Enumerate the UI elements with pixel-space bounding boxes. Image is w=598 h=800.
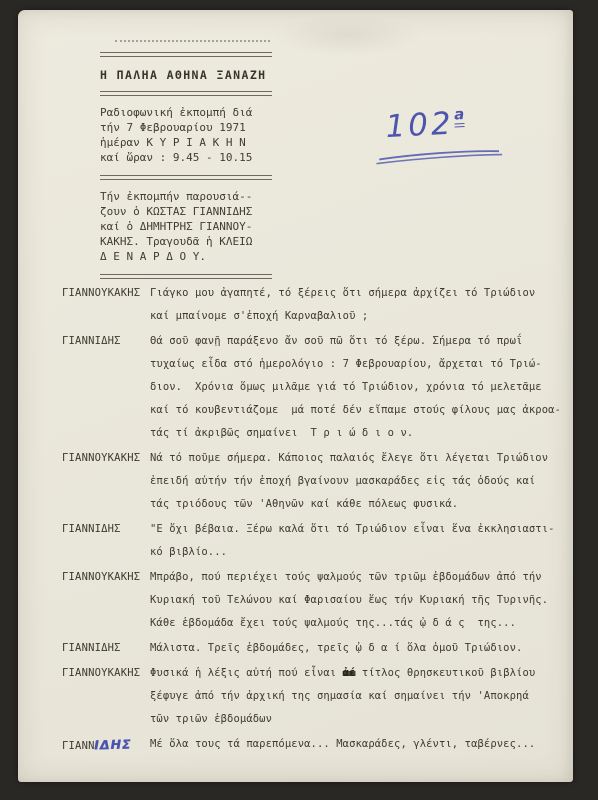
speaker-label: ΓΙΑΝΝΟΥΚΑΚΗΣ	[62, 566, 150, 635]
divider-rule	[100, 91, 272, 96]
dialogue-entry: ΓΙΑΝΝΟΥΚΑΚΗΣΝά τό ποῦμε σήμερα. Κάποιος …	[62, 447, 559, 516]
dialogue-line: τυχαίως εἶδα στό ἡμερολόγιο : 7 Φεβρουαρ…	[150, 353, 561, 376]
dialogue-text: τῶν τριῶν ἑβδομάδων	[150, 713, 272, 725]
dialogue-line: Μπράβο, πού περιέχει τούς ψαλμούς τῶν τρ…	[150, 566, 559, 589]
dialogue-text: Μέ ὅλα τους τά παρεπόμενα... Μασκαράδες,…	[150, 738, 535, 750]
dialogue-text: Μπράβο, πού περιέχει τούς ψαλμούς τῶν τρ…	[150, 571, 542, 583]
dialogue-line: Θά σοῦ φανῇ παράξενο ἄν σοῦ πῶ ὅτι τό ξέ…	[150, 330, 561, 353]
paper-crease	[273, 14, 423, 56]
masthead-line: Τήν ἐκπομπήν παρουσιά--	[100, 189, 272, 204]
handwritten-page-number: 102a	[385, 103, 506, 165]
dialogue-entry: ΓΙΑΝΝΙΔΗΣΘά σοῦ φανῇ παράξενο ἄν σοῦ πῶ …	[62, 330, 559, 445]
dialogue-line: τάς τί ἀκριβῶς σημαίνει Τ ρ ι ώ δ ι ο ν.	[150, 422, 561, 445]
dialogue-text: Κάθε ἑβδομάδα ἔχει τούς ψαλμούς της...τά…	[150, 617, 516, 629]
dialogue-line: διον. Χρόνια ὅμως μιλᾶμε γιά τό Τριώδιον…	[150, 376, 561, 399]
dialogue-text: καί μπαίνομε σ'ἐποχή Καρναβαλιοῦ ;	[150, 310, 368, 322]
dialogue-text: τάς τριόδους τῶν 'Αθηνῶν καί κάθε πόλεως…	[150, 498, 458, 510]
dialogue-text: καί τό κουβεντιάζομε μά ποτέ δέν εἴπαμε …	[150, 404, 561, 416]
dialogue-text: τάς τί ἀκριβῶς σημαίνει Τ ρ ι ώ δ ι ο ν.	[150, 427, 413, 439]
paper-sheet: Η ΠΑΛΗΑ ΑΘΗΝΑ ΞΑΝΑΖΗ Ραδιοφωνική ἐκπομπή…	[18, 10, 573, 782]
dialogue-text: ξέφυγε ἀπό τήν ἀρχική της σημασία καί ση…	[150, 690, 529, 702]
dialogue-text: Μάλιστα. Τρεῖς ἑβδομάδες, τρεῖς ᾠ δ α ί …	[150, 642, 522, 654]
page-number-text: 102	[385, 106, 455, 146]
dialogue-line: Μάλιστα. Τρεῖς ἑβδομάδες, τρεῖς ᾠ δ α ί …	[150, 637, 559, 660]
speaker-label: ΓΙΑΝΝΟΥΚΑΚΗΣ	[62, 282, 150, 328]
dialogue-line: Φυσικά ἡ λέξις αὐτή πού εἶναι ἀέ τίτλος …	[150, 662, 559, 685]
dialogue-entry: ΓΙΑΝΝΟΥΚΑΚΗΣΦυσικά ἡ λέξις αὐτή πού εἶνα…	[62, 662, 559, 731]
dialogue-line: ἐπειδή αὐτήν τήν ἐποχή βγαίνουν μασκαράδ…	[150, 470, 559, 493]
dialogue-line: τῶν τριῶν ἑβδομάδων	[150, 708, 559, 731]
dialogue-text: ἐπειδή αὐτήν τήν ἐποχή βγαίνουν μασκαράδ…	[150, 475, 535, 487]
speaker-label: ΓΙΑΝΝΙΔΗΣ	[62, 330, 150, 445]
dialogue-lines: Φυσικά ἡ λέξις αὐτή πού εἶναι ἀέ τίτλος …	[150, 662, 559, 731]
dotted-line	[115, 40, 270, 42]
dialogue-lines: Μέ ὅλα τους τά παρεπόμενα... Μασκαράδες,…	[150, 733, 559, 758]
dialogue-line: Γιάγκο μου ἀγαπητέ, τό ξέρεις ὅτι σήμερα…	[150, 282, 559, 305]
dialogue-text: Γιάγκο μου ἀγαπητέ, τό ξέρεις ὅτι σήμερα…	[150, 287, 535, 299]
dialogue-lines: "Ε ὄχι βέβαια. Ξέρω καλά ὅτι τό Τριώδιον…	[150, 518, 559, 564]
masthead-line: Ραδιοφωνική ἐκπομπή διά	[100, 105, 272, 120]
dialogue-line: "Ε ὄχι βέβαια. Ξέρω καλά ὅτι τό Τριώδιον…	[150, 518, 559, 541]
speaker-label: ΓΙΑΝΝΙΔΗΣ	[62, 637, 150, 660]
broadcast-info: Ραδιοφωνική ἐκπομπή διάτήν 7 Φεβρουαρίου…	[100, 105, 272, 165]
dialogue-lines: Νά τό ποῦμε σήμερα. Κάποιος παλαιός ἔλεγ…	[150, 447, 559, 516]
divider-rule	[100, 175, 272, 180]
speaker-label: ΓΙΑΝΝΙΔΗΣ	[62, 518, 150, 564]
masthead-line: τήν 7 Φεβρουαρίου 1971	[100, 120, 272, 135]
dialogue-line: καί μπαίνομε σ'ἐποχή Καρναβαλιοῦ ;	[150, 305, 559, 328]
masthead-line: καί ὥραν : 9.45 - 10.15	[100, 150, 272, 165]
dialogue-entry: ΓΙΑΝΝΟΥΚΑΚΗΣΓιάγκο μου ἀγαπητέ, τό ξέρει…	[62, 282, 559, 328]
dialogue-lines: Μπράβο, πού περιέχει τούς ψαλμούς τῶν τρ…	[150, 566, 559, 635]
dialogue-lines: Γιάγκο μου ἀγαπητέ, τό ξέρεις ὅτι σήμερα…	[150, 282, 559, 328]
dialogue-line: ξέφυγε ἀπό τήν ἀρχική της σημασία καί ση…	[150, 685, 559, 708]
masthead: Η ΠΑΛΗΑ ΑΘΗΝΑ ΞΑΝΑΖΗ Ραδιοφωνική ἐκπομπή…	[100, 52, 272, 279]
speaker-label: ΓΙΑΝΝΟΥΚΑΚΗΣ	[62, 447, 150, 516]
dialogue-text: Θά σοῦ φανῇ παράξενο ἄν σοῦ πῶ ὅτι τό ξέ…	[150, 335, 522, 347]
dialogue-line: καί τό κουβεντιάζομε μά ποτέ δέν εἴπαμε …	[150, 399, 561, 422]
page-title: Η ΠΑΛΗΑ ΑΘΗΝΑ ΞΑΝΑΖΗ	[100, 68, 272, 82]
dialogue-text: Νά τό ποῦμε σήμερα. Κάποιος παλαιός ἔλεγ…	[150, 452, 548, 464]
masthead-line: Δ Ε Ν Α Ρ Δ Ο Υ.	[100, 249, 272, 264]
dialogue-text: Φυσικά ἡ λέξις αὐτή πού εἶναι	[150, 667, 343, 679]
dialogue-line: Κάθε ἑβδομάδα ἔχει τούς ψαλμούς της...τά…	[150, 612, 559, 635]
page-number-superscript: a	[454, 105, 465, 127]
masthead-line: ἡμέραν Κ Υ Ρ Ι Α Κ Η Ν	[100, 135, 272, 150]
dialogue-text: "Ε ὄχι βέβαια. Ξέρω καλά ὅτι τό Τριώδιον…	[150, 523, 555, 535]
masthead-line: ζουν ὁ ΚΩΣΤΑΣ ΓΙΑΝΝΙΔΗΣ	[100, 204, 272, 219]
divider-rule	[100, 52, 272, 57]
presenters-info: Τήν ἐκπομπήν παρουσιά--ζουν ὁ ΚΩΣΤΑΣ ΓΙΑ…	[100, 189, 272, 264]
dialogue-text: διον. Χρόνια ὅμως μιλᾶμε γιά τό Τριώδιον…	[150, 381, 542, 393]
masthead-line: καί ὁ ΔΗΜΗΤΡΗΣ ΓΙΑΝΝΟΥ-	[100, 219, 272, 234]
dialogue-text: τυχαίως εἶδα στό ἡμερολόγιο : 7 Φεβρουαρ…	[150, 358, 542, 370]
dialogue-line: Νά τό ποῦμε σήμερα. Κάποιος παλαιός ἔλεγ…	[150, 447, 559, 470]
struck-out-word: ἀέ	[343, 667, 356, 679]
scan-background: { "document": { "kind": "scanned typewri…	[0, 0, 598, 800]
dialogue-transcript: ΓΙΑΝΝΟΥΚΑΚΗΣΓιάγκο μου ἀγαπητέ, τό ξέρει…	[62, 282, 559, 760]
dialogue-line: τάς τριόδους τῶν 'Αθηνῶν καί κάθε πόλεως…	[150, 493, 559, 516]
handwritten-underline	[373, 145, 506, 166]
dialogue-lines: Θά σοῦ φανῇ παράξενο ἄν σοῦ πῶ ὅτι τό ξέ…	[150, 330, 561, 445]
dialogue-text: κό βιβλίο...	[150, 546, 227, 558]
speaker-typed-part: ΓΙΑΝΝ	[62, 740, 95, 752]
dialogue-line: Κυριακή τοῦ Τελώνου καί Φαρισαίου ἕως τή…	[150, 589, 559, 612]
dialogue-text: τίτλος θρησκευτικοῦ βιβλίου	[356, 667, 536, 679]
dialogue-line: κό βιβλίο...	[150, 541, 559, 564]
divider-rule	[100, 274, 272, 279]
dialogue-entry: ΓΙΑΝΝΙΔΗΣ"Ε ὄχι βέβαια. Ξέρω καλά ὅτι τό…	[62, 518, 559, 564]
dialogue-entry: ΓΙΑΝΝΟΥΚΑΚΗΣΜπράβο, πού περιέχει τούς ψα…	[62, 566, 559, 635]
dialogue-text: Κυριακή τοῦ Τελώνου καί Φαρισαίου ἕως τή…	[150, 594, 548, 606]
speaker-label: ΓΙΑΝΝΟΥΚΑΚΗΣ	[62, 662, 150, 731]
dialogue-entry: ΓΙΑΝΝΙΔΗΣΜέ ὅλα τους τά παρεπόμενα... Μα…	[62, 733, 559, 758]
masthead-line: ΚΑΚΗΣ. Τραγουδᾶ ἡ ΚΛΕΙΩ	[100, 234, 272, 249]
dialogue-entry: ΓΙΑΝΝΙΔΗΣΜάλιστα. Τρεῖς ἑβδομάδες, τρεῖς…	[62, 637, 559, 660]
dialogue-lines: Μάλιστα. Τρεῖς ἑβδομάδες, τρεῖς ᾠ δ α ί …	[150, 637, 559, 660]
speaker-handwritten-correction: ΙΔΗΣ	[93, 733, 131, 757]
dialogue-line: Μέ ὅλα τους τά παρεπόμενα... Μασκαράδες,…	[150, 733, 559, 756]
speaker-label: ΓΙΑΝΝΙΔΗΣ	[62, 733, 150, 758]
